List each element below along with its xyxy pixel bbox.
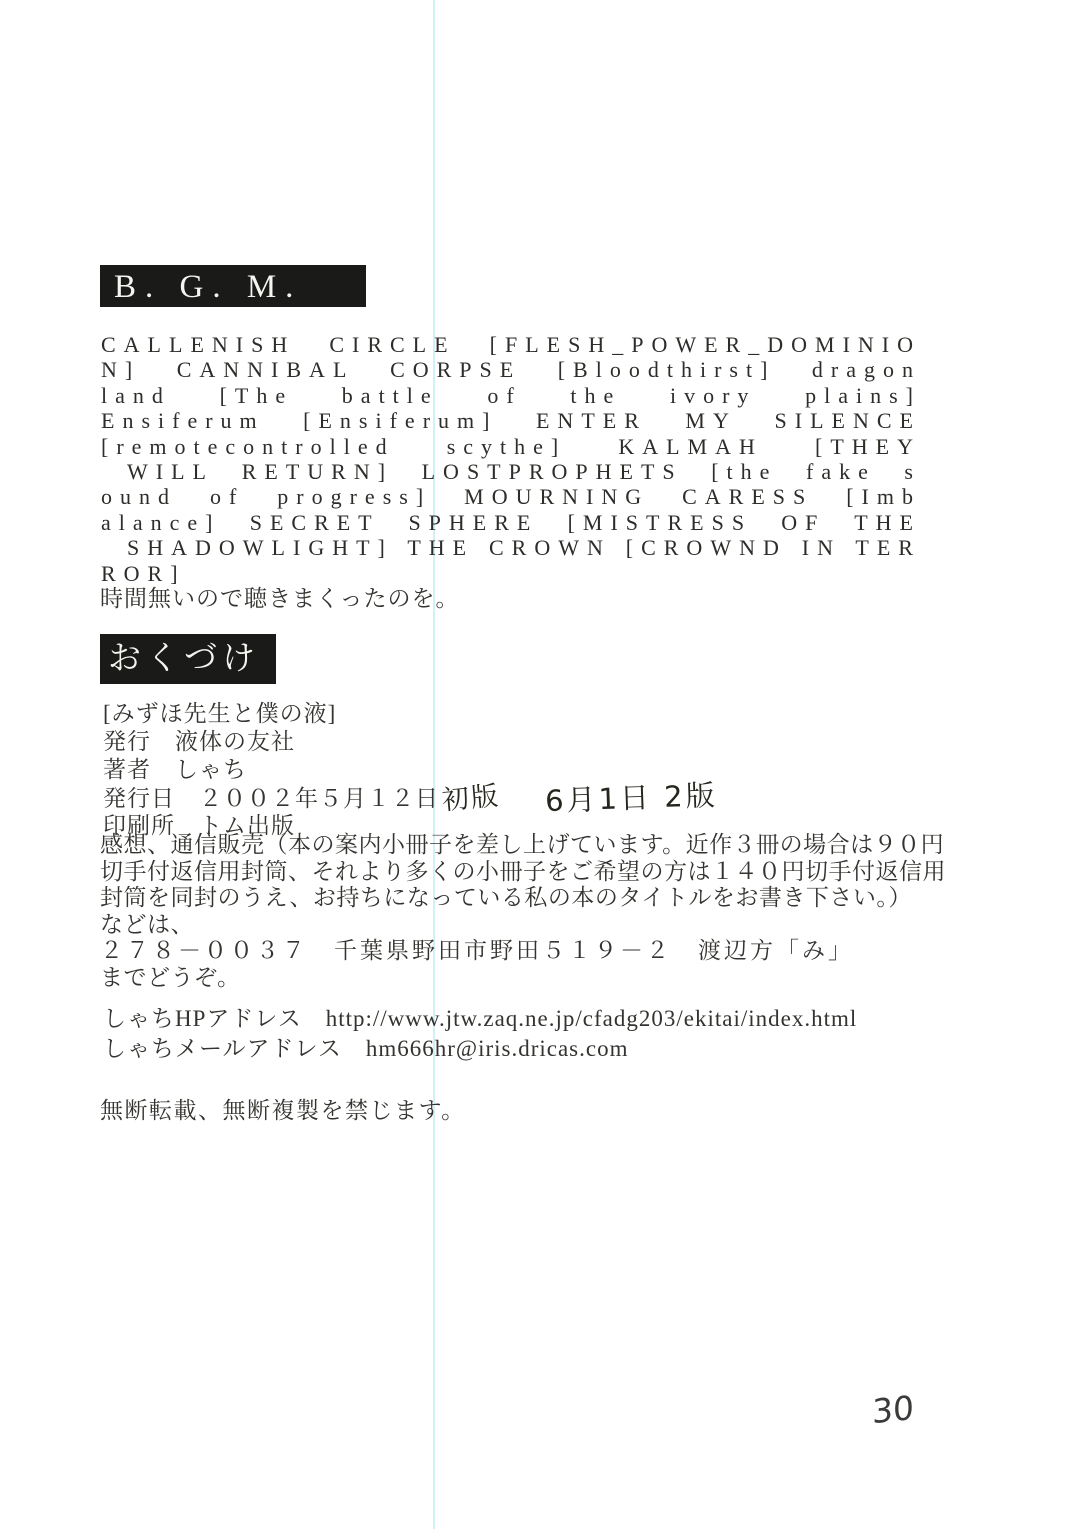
- playlist-line: ound of progress] MOURNING CARESS [Imb: [101, 484, 921, 509]
- sales-note-line: 感想、通信販売（本の案内小冊子を差し上げています。近作３冊の場合は９０円: [100, 832, 946, 859]
- playlist-line: WILL RETURN] LOSTPROPHETS [the fake s: [101, 459, 921, 484]
- playlist-line: N] CANNIBAL CORPSE [Bloodthirst] dragon: [101, 357, 921, 382]
- mailing-address: ２７８－００３７ 千葉県野田市野田５１９－２ 渡辺方「み」: [100, 938, 946, 965]
- playlist-line: SHADOWLIGHT] THE CROWN [CROWND IN TER: [101, 535, 921, 560]
- pubdate-line: 発行日 ２００２年５月１２日初版: [103, 785, 500, 812]
- okuzuke-section-banner: おくづけ: [100, 634, 276, 684]
- sales-note-line: 切手付返信用封筒、それより多くの小冊子をご希望の方は１４０円切手付返信用: [100, 859, 946, 886]
- email-address-line: しゃちメールアドレス hm666hr@iris.dricas.com: [103, 1036, 629, 1062]
- bgm-comment: 時間無いので聴きまくったのを。: [100, 586, 460, 612]
- scanner-artifact-line: [433, 0, 435, 1529]
- playlist-line: alance] SECRET SPHERE [MISTRESS OF THE: [101, 510, 921, 535]
- author-line: 著者 しゃち: [103, 757, 247, 783]
- bgm-heading: B. G. M.: [114, 269, 302, 305]
- sales-note-block: 感想、通信販売（本の案内小冊子を差し上げています。近作３冊の場合は９０円 切手付…: [100, 832, 946, 992]
- bgm-playlist: CALLENISH CIRCLE [FLESH_POWER_DOMINIO N]…: [101, 332, 921, 586]
- sales-note-line: などは、: [100, 912, 946, 939]
- playlist-line: CALLENISH CIRCLE [FLESH_POWER_DOMINIO: [101, 332, 921, 357]
- book-title: [みずほ先生と僕の液]: [103, 701, 336, 727]
- playlist-line: land [The battle of the ivory plains]: [101, 383, 921, 408]
- bgm-section-banner: B. G. M.: [100, 265, 366, 307]
- publisher-line: 発行 液体の友社: [103, 729, 295, 755]
- pubdate-printed: 発行日 ２００２年５月１２日: [103, 786, 439, 811]
- playlist-line: ROR]: [101, 561, 921, 586]
- okuzuke-heading: おくづけ: [108, 641, 260, 677]
- homepage-address-line: しゃちHPアドレス http://www.jtw.zaq.ne.jp/cfadg…: [103, 1006, 857, 1032]
- playlist-line: Ensiferum [Ensiferum] ENTER MY SILENCE: [101, 408, 921, 433]
- copyright-notice: 無断転載、無断複製を禁じます。: [100, 1098, 466, 1124]
- edition-note-handwritten-second: 6月1日 2版: [544, 773, 718, 820]
- closing-line: までどうぞ。: [100, 965, 946, 992]
- page-number: 30: [872, 1388, 914, 1432]
- playlist-line: [remotecontrolled scythe] KALMAH [THEY: [101, 434, 921, 459]
- edition-note-handwritten-first: 初版: [441, 784, 501, 815]
- sales-note-line: 封筒を同封のうえ、お持ちになっている私の本のタイトルをお書き下さい。）: [100, 885, 946, 912]
